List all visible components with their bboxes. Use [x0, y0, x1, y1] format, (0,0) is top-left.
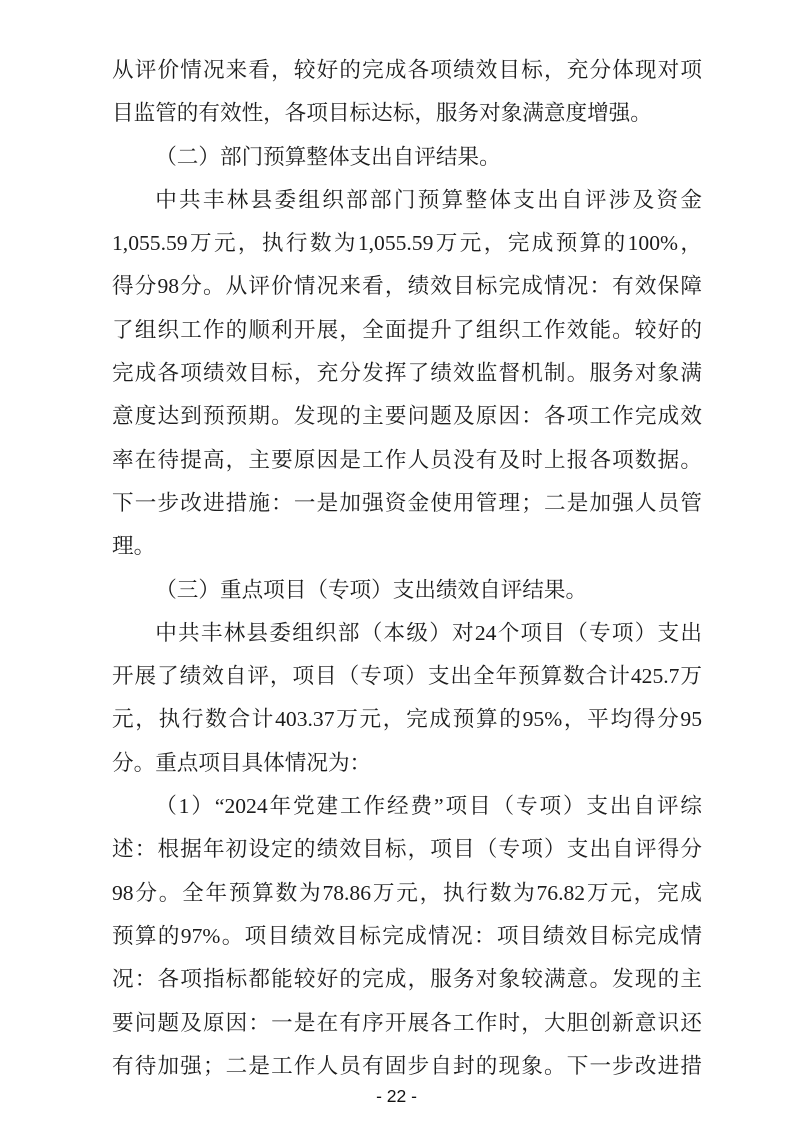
text-line: 预算的97%。项目绩效目标完成情况：项目绩效目标完成情 [112, 915, 702, 958]
text-line: 1,055.59万元，执行数为1,055.59万元，完成预算的100%， [112, 222, 702, 265]
document-body: 从评价情况来看，较好的完成各项绩效目标，充分体现对项目监管的有效性，各项目标达标… [112, 49, 702, 1088]
text-line: 得分98分。从评价情况来看，绩效目标完成情况：有效保障 [112, 265, 702, 308]
text-line: 况：各项指标都能较好的完成，服务对象较满意。发现的主 [112, 958, 702, 1001]
text-line: 完成各项绩效目标，充分发挥了绩效监督机制。服务对象满 [112, 352, 702, 395]
text-line: （二）部门预算整体支出自评结果。 [112, 136, 702, 179]
text-line: 中共丰林县委组织部（本级）对24个项目（专项）支出 [112, 612, 702, 655]
text-line: 了组织工作的顺利开展，全面提升了组织工作效能。较好的 [112, 309, 702, 352]
text-line: 有待加强；二是工作人员有固步自封的现象。下一步改进措 [112, 1045, 702, 1088]
text-line: 中共丰林县委组织部部门预算整体支出自评涉及资金 [112, 179, 702, 222]
text-line: 目监管的有效性，各项目标达标，服务对象满意度增强。 [112, 92, 702, 135]
text-line: 理。 [112, 525, 702, 568]
text-line: 要问题及原因：一是在有序开展各工作时，大胆创新意识还 [112, 1002, 702, 1045]
text-line: 从评价情况来看，较好的完成各项绩效目标，充分体现对项 [112, 49, 702, 92]
text-line: 开展了绩效自评，项目（专项）支出全年预算数合计425.7万 [112, 655, 702, 698]
text-line: （三）重点项目（专项）支出绩效自评结果。 [112, 569, 702, 612]
page-number: - 22 - [0, 1085, 793, 1107]
text-line: 98分。全年预算数为78.86万元，执行数为76.82万元，完成 [112, 872, 702, 915]
document-page: 从评价情况来看，较好的完成各项绩效目标，充分体现对项目监管的有效性，各项目标达标… [0, 0, 793, 1122]
text-line: （1）“2024年党建工作经费”项目（专项）支出自评综 [112, 785, 702, 828]
text-line: 率在待提高，主要原因是工作人员没有及时上报各项数据。 [112, 439, 702, 482]
text-line: 意度达到预预期。发现的主要问题及原因：各项工作完成效 [112, 395, 702, 438]
text-line: 下一步改进措施：一是加强资金使用管理；二是加强人员管 [112, 482, 702, 525]
text-line: 述：根据年初设定的绩效目标，项目（专项）支出自评得分 [112, 828, 702, 871]
text-line: 分。重点项目具体情况为： [112, 742, 702, 785]
text-line: 元，执行数合计403.37万元，完成预算的95%，平均得分95 [112, 698, 702, 741]
